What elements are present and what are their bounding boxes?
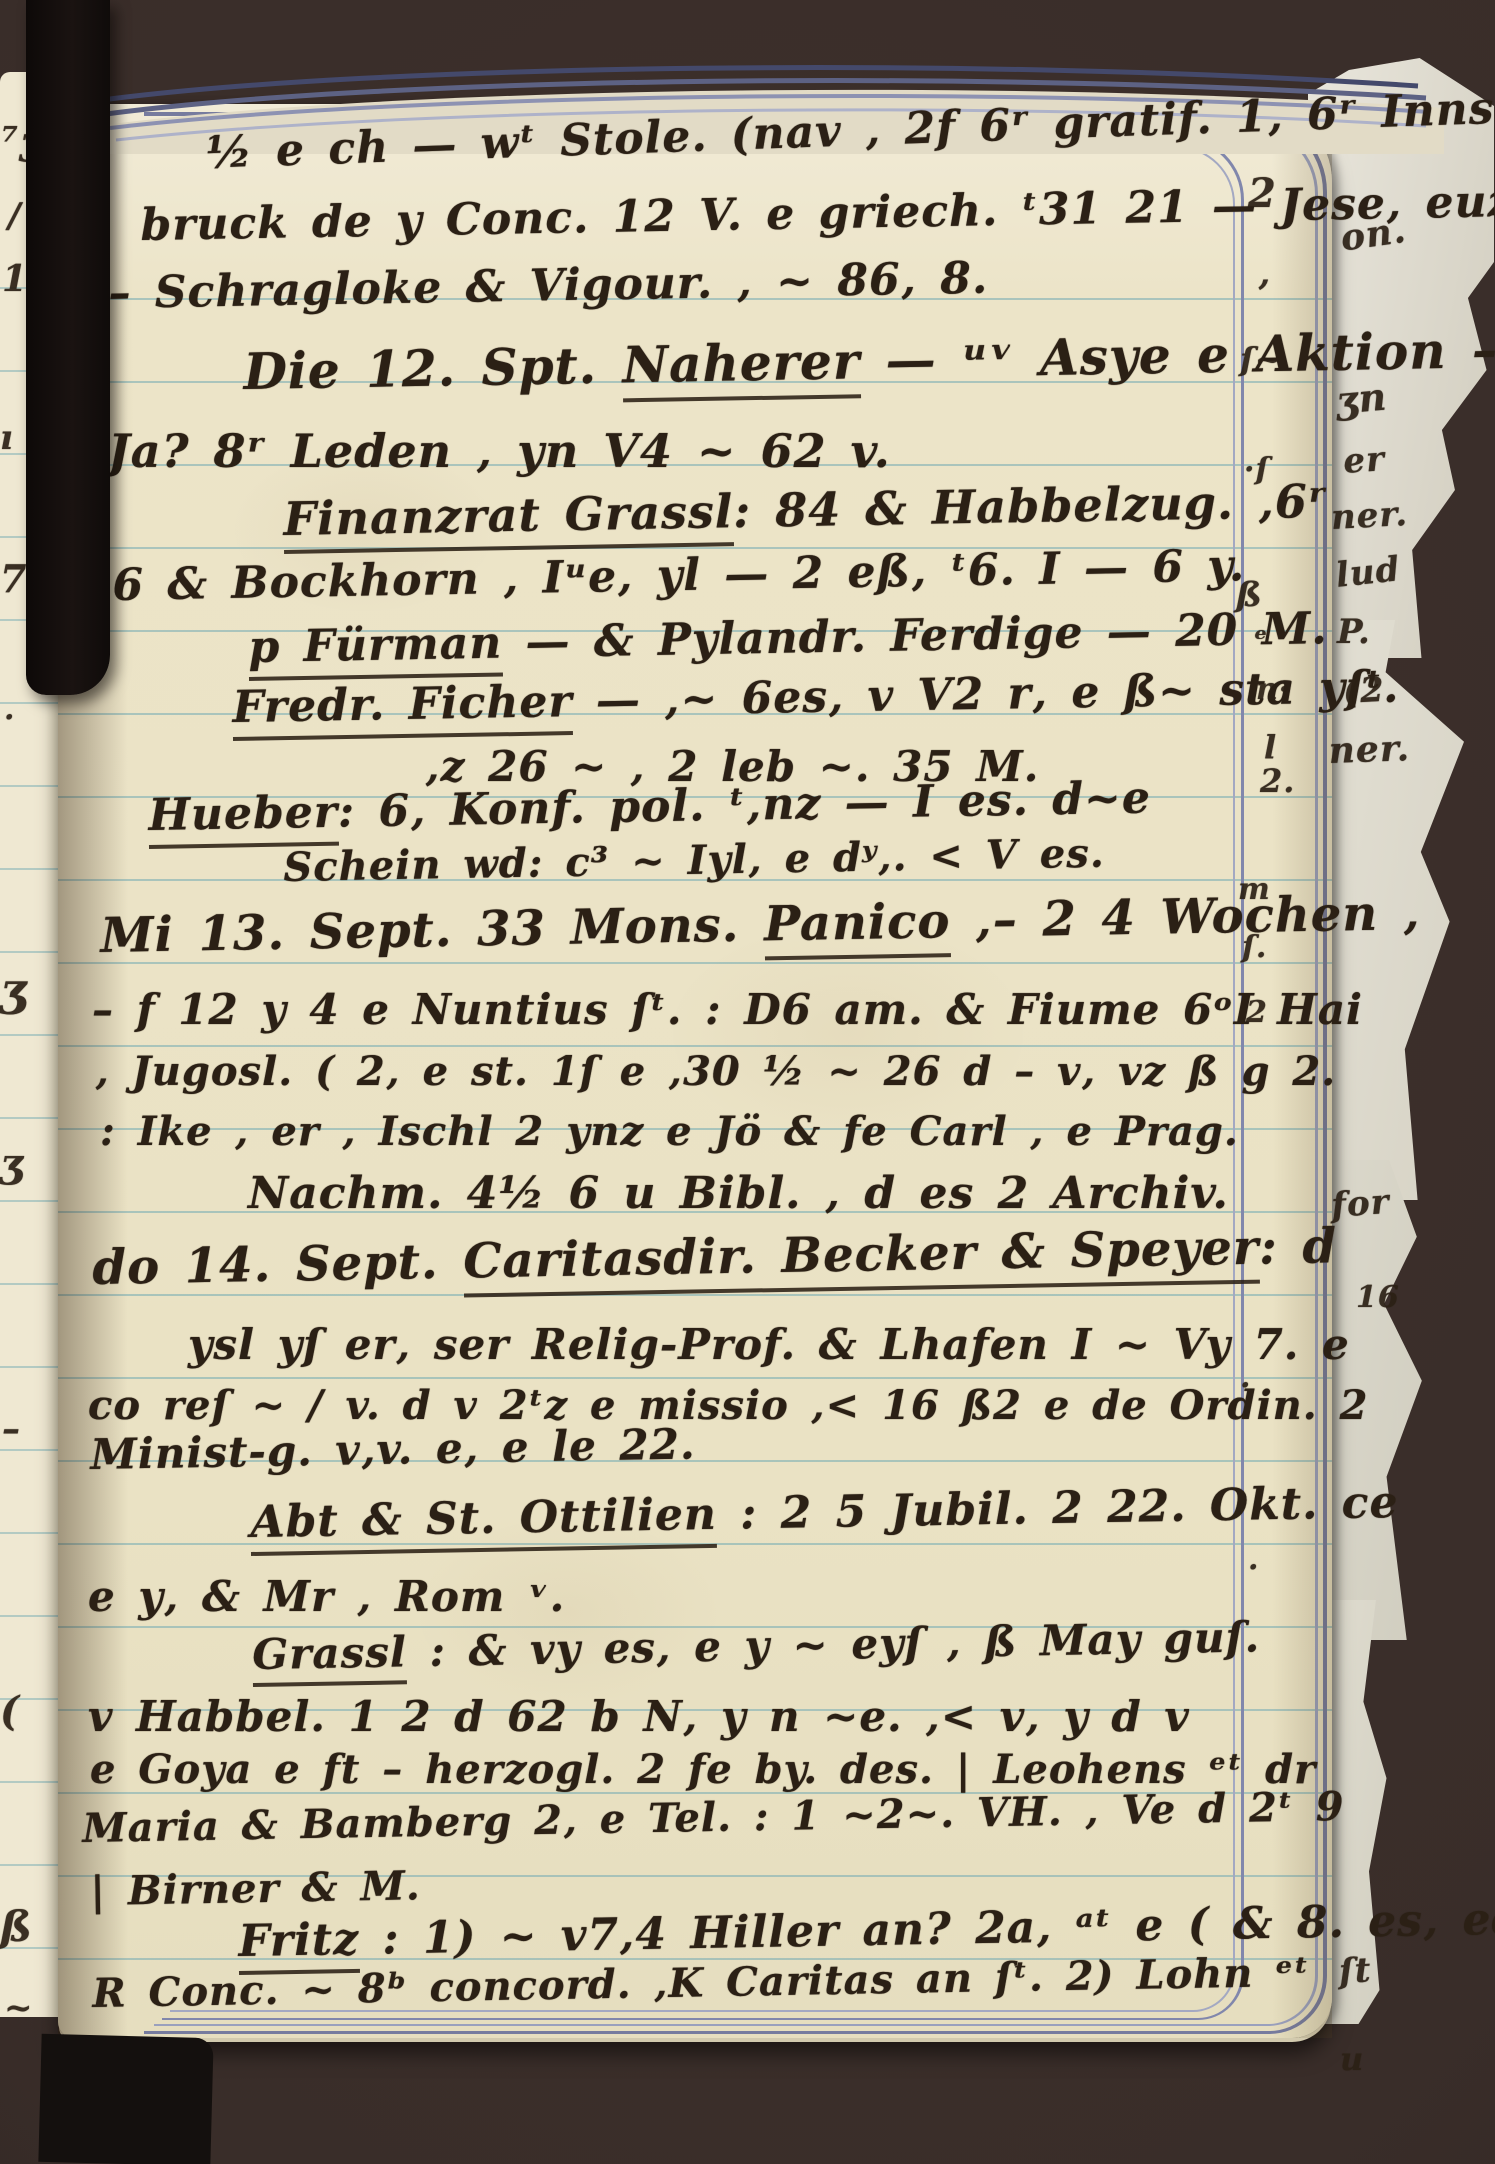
- fore-edge-shadow: [1272, 104, 1332, 2038]
- book-spine: [26, 0, 110, 695]
- torn-page-edge: [1308, 58, 1494, 658]
- handwriting-text: u: [1340, 2040, 1364, 2078]
- torn-page-edge: [1312, 620, 1472, 1200]
- torn-page-edge: [1316, 1160, 1442, 1640]
- book-spine-bottom: [38, 2034, 213, 2164]
- margin-rule-twin: [170, 146, 1235, 2012]
- torn-page-fragment: u: [1340, 2040, 1364, 2078]
- notebook-page: [58, 104, 1332, 2038]
- diary-scan-scene: ½ e ch — wᵗ Stole. (nav ‚ 2f 6ʳ gratif. …: [0, 0, 1495, 2164]
